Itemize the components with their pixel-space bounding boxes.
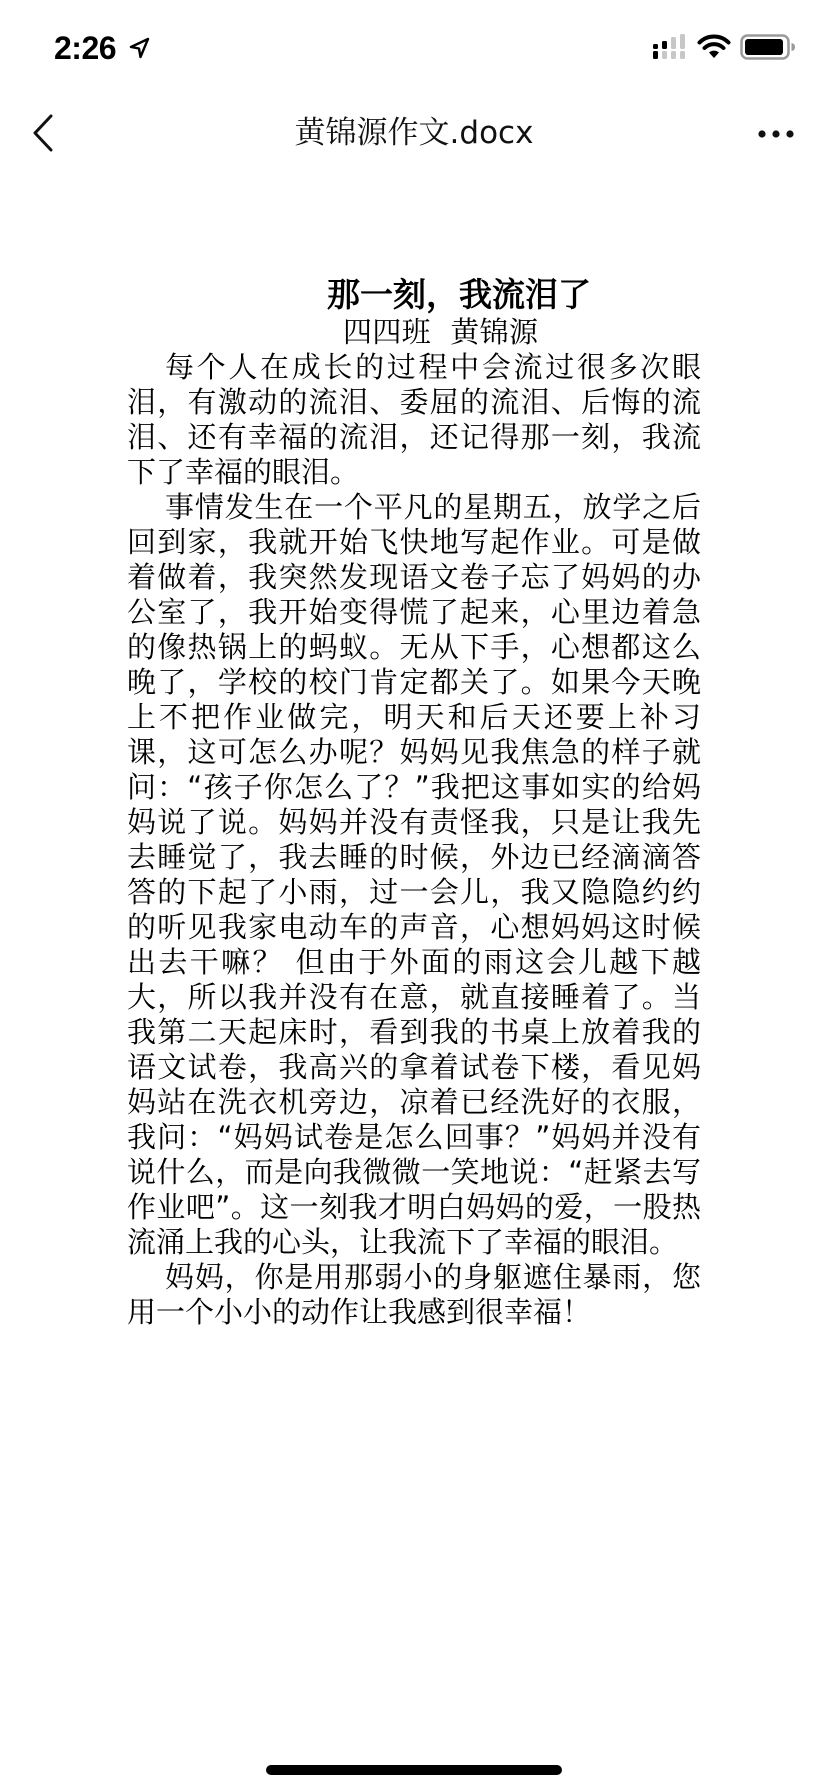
text-line: 回到家，我就开始飞快地写起作业。可是做	[127, 525, 701, 560]
text-line: 语文试卷，我高兴的拿着试卷下楼，看见妈	[127, 1050, 701, 1085]
text-line: 晚了，学校的校门肯定都关了。如果今天晚	[127, 665, 701, 700]
text-line: 作业吧”。这一刻我才明白妈妈的爱，一股热	[127, 1190, 701, 1225]
nav-bar: 黄锦源作文.docx	[0, 88, 828, 178]
text-line: 大，所以我并没有在意，就直接睡着了。当	[127, 980, 701, 1015]
battery-icon	[740, 34, 796, 60]
text-line: 着做着，我突然发现语文卷子忘了妈妈的办	[127, 560, 701, 595]
essay-author-line: 四四班 黄锦源	[343, 315, 538, 350]
paragraph: 每个人在成长的过程中会流过很多次眼 泪，有激动的流泪、委屈的流泪、后悔的流 泪、…	[127, 350, 701, 490]
status-bar: 2:26	[0, 0, 828, 88]
essay-body: 每个人在成长的过程中会流过很多次眼 泪，有激动的流泪、委屈的流泪、后悔的流 泪、…	[127, 350, 701, 1330]
text-line: 妈妈，你是用那弱小的身躯遮住暴雨，您	[127, 1260, 701, 1295]
text-line: 妈站在洗衣机旁边，凉着已经洗好的衣服，	[127, 1085, 701, 1120]
cellular-signal-icon	[652, 34, 688, 60]
text-line: 流涌上我的心头，让我流下了幸福的眼泪。	[127, 1225, 701, 1260]
location-arrow-icon	[128, 36, 152, 60]
more-options-button[interactable]	[752, 116, 802, 152]
status-time: 2:26	[54, 30, 116, 66]
wifi-icon	[697, 34, 731, 60]
home-indicator[interactable]	[266, 1765, 562, 1775]
text-line: 去睡觉了，我去睡的时候，外边已经滴滴答	[127, 840, 701, 875]
text-line: 我问：“妈妈试卷是怎么回事？”妈妈并没有	[127, 1120, 701, 1155]
text-line: 妈说了说。妈妈并没有责怪我，只是让我先	[127, 805, 701, 840]
text-line: 出去干嘛？ 但由于外面的雨这会儿越下越	[127, 945, 701, 980]
text-line: 用一个小小的动作让我感到很幸福！	[127, 1295, 701, 1330]
text-line: 每个人在成长的过程中会流过很多次眼	[127, 350, 701, 385]
text-line: 泪，有激动的流泪、委屈的流泪、后悔的流	[127, 385, 701, 420]
text-line: 问：“孩子你怎么了？”我把这事如实的给妈	[127, 770, 701, 805]
text-line: 事情发生在一个平凡的星期五，放学之后	[127, 490, 701, 525]
text-line: 课，这可怎么办呢？妈妈见我焦急的样子就	[127, 735, 701, 770]
text-line: 的像热锅上的蚂蚁。无从下手，心想都这么	[127, 630, 701, 665]
text-line: 我第二天起床时，看到我的书桌上放着我的	[127, 1015, 701, 1050]
text-line: 下了幸福的眼泪。	[127, 455, 701, 490]
text-line: 公室了，我开始变得慌了起来，心里边着急	[127, 595, 701, 630]
paragraph: 妈妈，你是用那弱小的身躯遮住暴雨，您 用一个小小的动作让我感到很幸福！	[127, 1260, 701, 1330]
text-line: 的听见我家电动车的声音，心想妈妈这时候	[127, 910, 701, 945]
text-line: 泪、还有幸福的流泪，还记得那一刻，我流	[127, 420, 701, 455]
ellipsis-icon	[752, 116, 802, 152]
document-filename-title: 黄锦源作文.docx	[0, 112, 828, 154]
paragraph: 事情发生在一个平凡的星期五，放学之后 回到家，我就开始飞快地写起作业。可是做 着…	[127, 490, 701, 1260]
text-line: 上不把作业做完，明天和后天还要上补习	[127, 700, 701, 735]
essay-title: 那一刻，我流泪了	[327, 276, 589, 314]
text-line: 说什么，而是向我微微一笑地说：“赶紧去写	[127, 1155, 701, 1190]
text-line: 答的下起了小雨，过一会儿，我又隐隐约约	[127, 875, 701, 910]
